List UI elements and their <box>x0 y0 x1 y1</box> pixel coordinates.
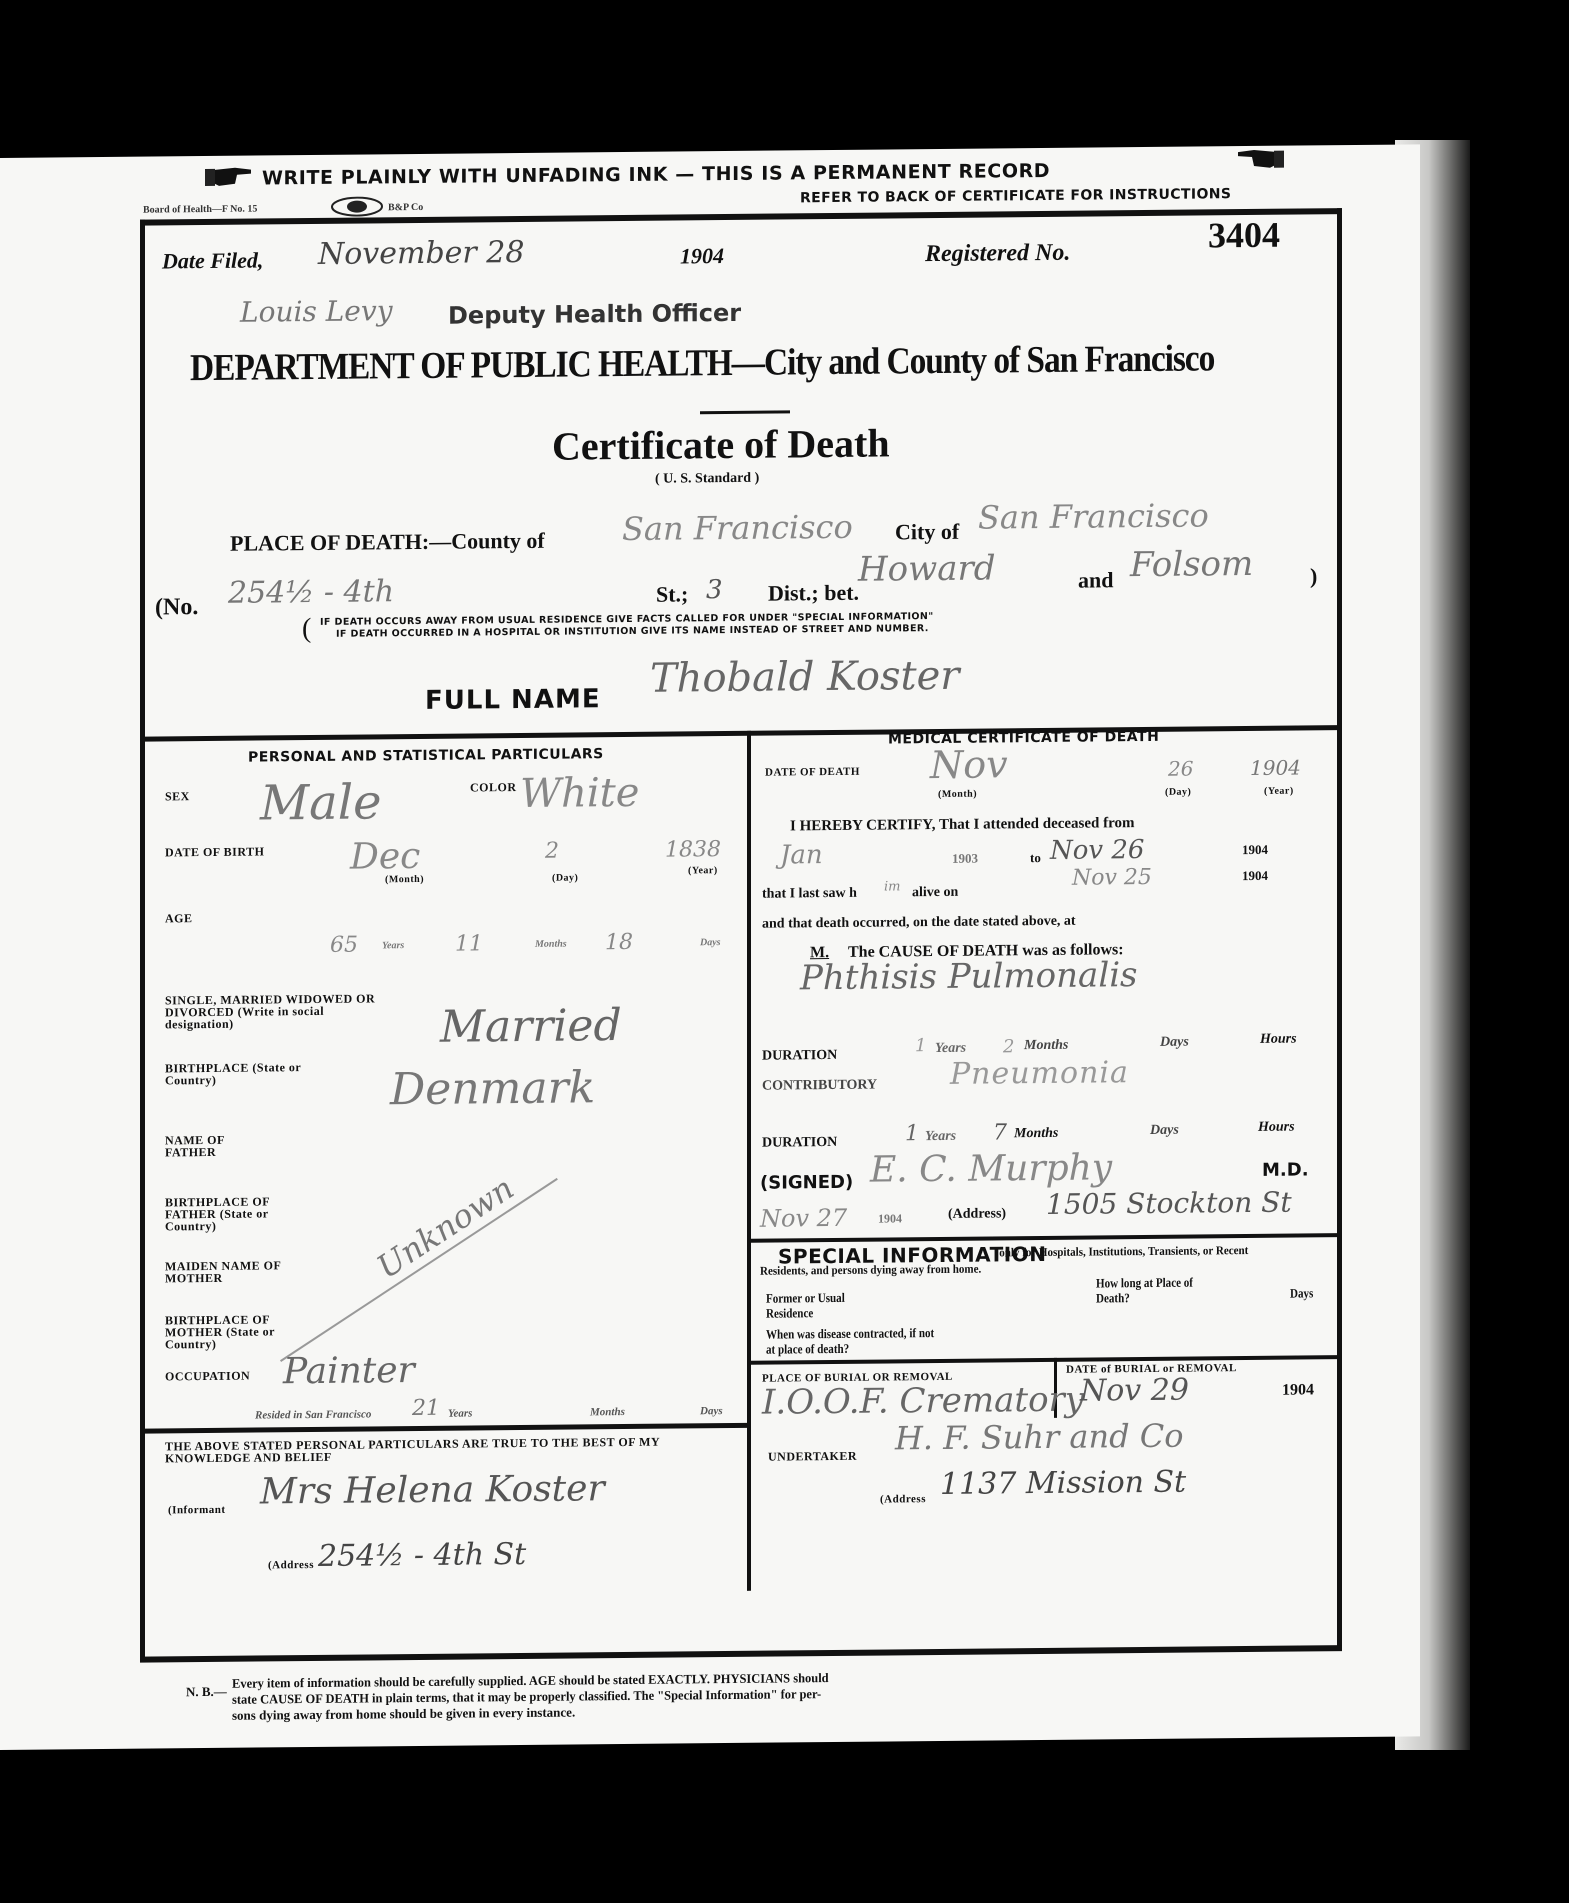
duration-2-years: 1 <box>905 1121 919 1146</box>
signed-label: (SIGNED) <box>760 1172 853 1194</box>
age-years: 65 <box>330 933 358 958</box>
cross-street-1: Howard <box>858 548 996 589</box>
informant-address-label: (Address <box>268 1559 314 1571</box>
dod-month-caption: (Month) <box>938 789 977 801</box>
father-birthplace-label: BIRTHPLACE OF FATHER (State or Country) <box>165 1195 295 1232</box>
full-name-value: Thobald Koster <box>650 653 959 702</box>
attended-to: Nov 26 <box>1050 835 1144 866</box>
physician-address: 1505 Stockton St <box>1046 1186 1292 1221</box>
attended-from: Jan <box>780 840 823 870</box>
dod-day-caption: (Day) <box>1165 787 1191 799</box>
undertaker-address-label: (Address <box>880 1493 926 1505</box>
cause-of-death: Phthisis Pulmonalis <box>800 955 1138 998</box>
frame-bottom-rule <box>140 1645 1342 1663</box>
last-saw-pronoun: im <box>884 879 901 894</box>
frame-left-rule <box>140 220 145 1662</box>
dob-month: Dec <box>350 836 420 878</box>
frame-top-rule <box>140 208 1342 226</box>
date-of-death-year: 1904 <box>1250 756 1301 780</box>
street-no-label: (No. <box>155 594 198 621</box>
date-filed-label: Date Filed, <box>162 247 263 274</box>
city-value: San Francisco <box>978 496 1209 536</box>
unknown-strike-line <box>280 1178 558 1362</box>
duration-1-months-caption: Months <box>1024 1038 1068 1054</box>
duration-1-hours-caption: Hours <box>1260 1032 1297 1048</box>
marital-value: Married <box>440 1000 622 1053</box>
street-label: St.; <box>656 581 688 607</box>
marital-label: SINGLE, MARRIED WIDOWED OR DIVORCED (Wri… <box>165 992 395 1030</box>
health-officer-title: Deputy Health Officer <box>448 299 741 330</box>
birthplace-value: Denmark <box>390 1062 595 1115</box>
duration-2-years-caption: Years <box>925 1129 956 1145</box>
pointing-hand-left-icon <box>1238 148 1284 170</box>
mother-maiden-name-label: MAIDEN NAME OF MOTHER <box>165 1259 295 1284</box>
occupation-value: Painter <box>283 1350 415 1392</box>
burial-year: 1904 <box>1282 1381 1314 1399</box>
district-between-label: Dist.; bet. <box>768 580 859 607</box>
physician-address-label: (Address) <box>948 1206 1006 1223</box>
banner-text: WRITE PLAINLY WITH UNFADING INK — THIS I… <box>262 160 1050 190</box>
age-months-caption: Months <box>535 939 567 950</box>
title-divider <box>700 410 790 414</box>
street-no-value: 254½ - 4th <box>228 574 394 611</box>
special-subheading: only for Hospitals, Institutions, Transi… <box>760 1242 1284 1279</box>
dob-day: 2 <box>545 839 559 864</box>
md-label: M.D. <box>1262 1159 1309 1180</box>
certificate-title: Certificate of Death <box>552 419 890 469</box>
duration-2-hours-caption: Hours <box>1258 1120 1295 1136</box>
resided-years-caption: Years <box>448 1407 472 1419</box>
date-filed-year: 1904 <box>680 243 724 269</box>
dob-year: 1838 <box>665 837 721 863</box>
informant-name: Mrs Helena Koster <box>260 1468 605 1512</box>
age-months: 11 <box>455 931 483 956</box>
dob-day-caption: (Day) <box>552 872 578 884</box>
refer-instructions: REFER TO BACK OF CERTIFICATE FOR INSTRUC… <box>800 186 1231 206</box>
date-filed-value: November 28 <box>318 235 524 272</box>
registered-label: Registered No. <box>925 240 1070 268</box>
county-value: San Francisco <box>622 508 853 548</box>
duration-2-months-caption: Months <box>1014 1126 1058 1142</box>
resided-days-caption: Days <box>700 1405 723 1417</box>
full-name-label: FULL NAME <box>425 684 601 716</box>
mother-birthplace-label: BIRTHPLACE OF MOTHER (State or Country) <box>165 1313 295 1350</box>
duration-2-days-caption: Days <box>1150 1123 1179 1139</box>
signed-year: 1904 <box>878 1211 902 1226</box>
duration-1-months: 2 <box>1003 1036 1014 1057</box>
frame-right-rule <box>1337 208 1342 1650</box>
last-saw-year: 1904 <box>1242 868 1268 884</box>
former-residence-label: Former or Usual Residence <box>766 1290 860 1321</box>
color-label: COLOR <box>470 781 517 793</box>
informant-attest: THE ABOVE STATED PERSONAL PARTICULARS AR… <box>165 1435 735 1464</box>
last-saw-text: that I last saw h <box>762 886 857 903</box>
dob-label: DATE OF BIRTH <box>165 845 264 858</box>
city-label: City of <box>895 519 959 546</box>
informant-label: (Informant <box>168 1504 226 1517</box>
printer-mark: B&P Co <box>388 202 423 213</box>
date-of-death-label: DATE OF DEATH <box>765 766 860 779</box>
contributory-value: Pneumonia <box>950 1055 1129 1092</box>
burial-date: Nov 29 <box>1080 1373 1189 1409</box>
occupation-label: OCCUPATION <box>165 1370 250 1383</box>
duration-2-label: DURATION <box>762 1135 837 1152</box>
form-id: Board of Health—F No. 15 <box>143 204 257 216</box>
dob-year-caption: (Year) <box>688 865 718 877</box>
close-paren: ) <box>1310 563 1317 589</box>
sex-value: Male <box>260 774 382 831</box>
death-certificate-page: WRITE PLAINLY WITH UNFADING INK — THIS I… <box>0 144 1420 1750</box>
duration-2-months: 7 <box>993 1120 1007 1145</box>
dob-month-caption: (Month) <box>385 874 424 886</box>
us-standard-subtitle: ( U. S. Standard ) <box>655 471 759 488</box>
age-label: AGE <box>165 912 193 924</box>
and-label: and <box>1078 567 1113 593</box>
attended-from-year: 1903 <box>952 851 978 867</box>
last-saw-date: Nov 25 <box>1072 865 1152 891</box>
contributory-label: CONTRIBUTORY <box>762 1078 877 1095</box>
burial-place: I.O.O.F. Crematory <box>762 1380 1084 1423</box>
certify-text: I HEREBY CERTIFY, That I attended deceas… <box>790 815 1135 835</box>
age-days: 18 <box>605 930 633 955</box>
nb-label: N. B.— <box>186 1684 227 1700</box>
undertaker-address: 1137 Mission St <box>940 1465 1186 1502</box>
duration-1-label: DURATION <box>762 1048 837 1065</box>
union-bug-seal-icon <box>330 196 384 217</box>
date-of-death-day: 26 <box>1168 757 1193 781</box>
how-long-days-label: Days <box>1290 1285 1313 1301</box>
parents-unknown-value: Unknown <box>370 1169 521 1286</box>
color-value: White <box>520 770 639 817</box>
occurred-text: and that death occurred, on the date sta… <box>762 914 1076 933</box>
informant-divider <box>145 1423 747 1434</box>
footer-line-3: sons dying away from home should be give… <box>232 1704 575 1723</box>
burial-divider <box>751 1355 1337 1365</box>
signed-date: Nov 27 <box>760 1204 847 1233</box>
dod-year-caption: (Year) <box>1264 786 1294 798</box>
district-value: 3 <box>706 575 723 605</box>
father-name-label: NAME OF FATHER <box>165 1133 265 1158</box>
date-of-death-month: Nov <box>930 742 1008 787</box>
medical-heading: MEDICAL CERTIFICATE OF DEATH <box>888 729 1159 748</box>
place-of-death-label: PLACE OF DEATH:—County of <box>230 528 545 557</box>
column-divider <box>747 731 751 1591</box>
registered-number: 3404 <box>1208 214 1280 257</box>
duration-1-years: 1 <box>915 1035 926 1056</box>
pointing-hand-right-icon <box>205 166 251 188</box>
alive-on-label: alive on <box>912 885 958 901</box>
birthplace-label: BIRTHPLACE (State or Country) <box>165 1061 315 1086</box>
duration-1-days-caption: Days <box>1160 1035 1189 1051</box>
sex-label: SEX <box>165 790 190 802</box>
how-long-label: How long at Place of Death? <box>1096 1274 1198 1305</box>
personal-heading: PERSONAL AND STATISTICAL PARTICULARS <box>248 746 604 765</box>
undertaker-label: UNDERTAKER <box>768 1450 857 1463</box>
cross-street-2: Folsom <box>1130 544 1253 585</box>
department-title: DEPARTMENT OF PUBLIC HEALTH—City and Cou… <box>190 336 1214 390</box>
informant-address: 254½ - 4th St <box>318 1537 526 1574</box>
to-label: to <box>1030 850 1041 866</box>
resided-years: 21 <box>412 1396 440 1421</box>
physician-signature: E. C. Murphy <box>870 1147 1112 1190</box>
age-years-caption: Years <box>382 940 404 951</box>
undertaker-name: H. F. Suhr and Co <box>895 1417 1184 1458</box>
age-days-caption: Days <box>700 937 721 948</box>
disease-contracted-label: When was disease contracted, if not at p… <box>766 1325 936 1357</box>
health-officer-signature: Louis Levy <box>240 294 393 328</box>
resided-label: Resided in San Francisco <box>255 1408 371 1421</box>
duration-1-years-caption: Years <box>935 1041 966 1057</box>
attended-to-year: 1904 <box>1242 842 1268 858</box>
resided-months-caption: Months <box>590 1406 625 1418</box>
note-open-paren: ( <box>302 613 311 645</box>
